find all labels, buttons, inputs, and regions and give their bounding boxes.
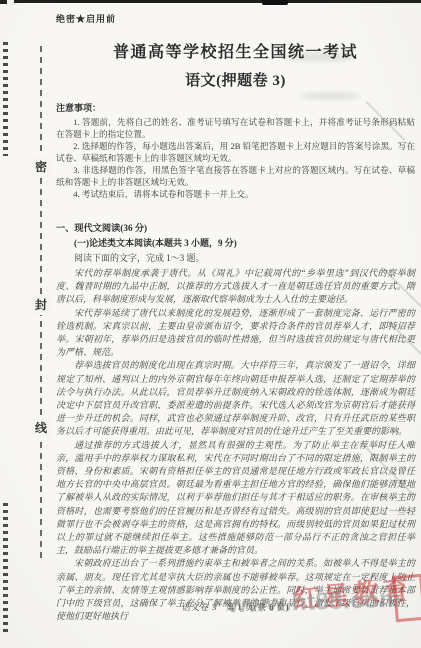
exam-title: 普通高等学校招生全国统一考试: [56, 39, 415, 62]
passage-paragraph-2: 宋代荐举延续了唐代以来制度化的发展趋势，逐渐形成了一套制度完备、运行严密的铨选机…: [56, 307, 415, 360]
page-content: 绝密★启用前 普通高等学校招生全国统一考试 语文(押题卷 3) 注意事项： 1.…: [56, 12, 415, 623]
passage-paragraph-3: 荐举选拔官员的制度化出现在真宗时期。大中祥符三年，真宗颁发了一道诏令，详细规定了…: [56, 359, 415, 438]
classification-label: 绝密★启用前: [56, 12, 415, 25]
passage-block: 宋代的荐举制度承袭于唐代。从《周礼》中记载周代的“乡举里选”到汉代的察举制度、魏…: [56, 267, 415, 623]
scan-corner-mark: [0, 0, 7, 4]
paper-title: 语文(押题卷 3): [56, 69, 415, 90]
page-footer: 语文卷 3 第 1 页(共 8 页): [56, 601, 415, 613]
passage-paragraph-1: 宋代的荐举制度承袭于唐代。从《周礼》中记载周代的“乡举里选”到汉代的察举制度、魏…: [56, 267, 415, 307]
notices-heading: 注意事项：: [56, 101, 415, 114]
seal-char-xian: 线: [31, 417, 51, 438]
scan-edge-blob: [262, 0, 288, 5]
scan-edge-top: [14, 0, 421, 3]
notice-item-3: 3. 非选择题的作答，用黑色签字笔直接答在答题卡上对应的答题区域内。写在试卷、草…: [56, 164, 415, 188]
notices-block: 注意事项： 1. 答题前，先将自己的姓名、准考证号填写在试卷和答题卡上，并将准考…: [56, 101, 415, 200]
notice-item-2: 2. 选择题的作答，每小题选出答案后，用 2B 铅笔把答题卡上对应题目的答案号涂…: [56, 140, 415, 164]
reading-instruction: 阅读下面的文字，完成 1～3 题。: [56, 251, 415, 266]
notice-item-4: 4. 考试结束后，请将本试卷和答题卡一并上交。: [56, 188, 415, 200]
subsection-heading: (一)论述类文本阅读(本题共 3 小题，9 分): [56, 236, 415, 251]
section-block: 一、现代文阅读(36 分) (一)论述类文本阅读(本题共 3 小题，9 分) 阅…: [56, 221, 415, 266]
seal-char-mi: 密: [31, 156, 51, 177]
perforation-dots-top: [3, 42, 8, 156]
notice-item-1: 1. 答题前，先将自己的姓名、准考证号填写在试卷和答题卡上，并将准考证号条形码粘…: [56, 116, 415, 140]
section-heading: 一、现代文阅读(36 分): [56, 221, 415, 236]
seal-char-feng: 封: [31, 294, 51, 315]
perforation-dots-bottom: [3, 503, 8, 633]
exam-paper-page: 密 封 线 绝密★启用前 普通高等学校招生全国统一考试 语文(押题卷 3) 注意…: [0, 0, 421, 648]
passage-paragraph-4: 通过推荐的方式选拔人才，显然具有很强的主观性。为了防止举主在荐举时任人唯亲，滥用…: [56, 439, 415, 558]
